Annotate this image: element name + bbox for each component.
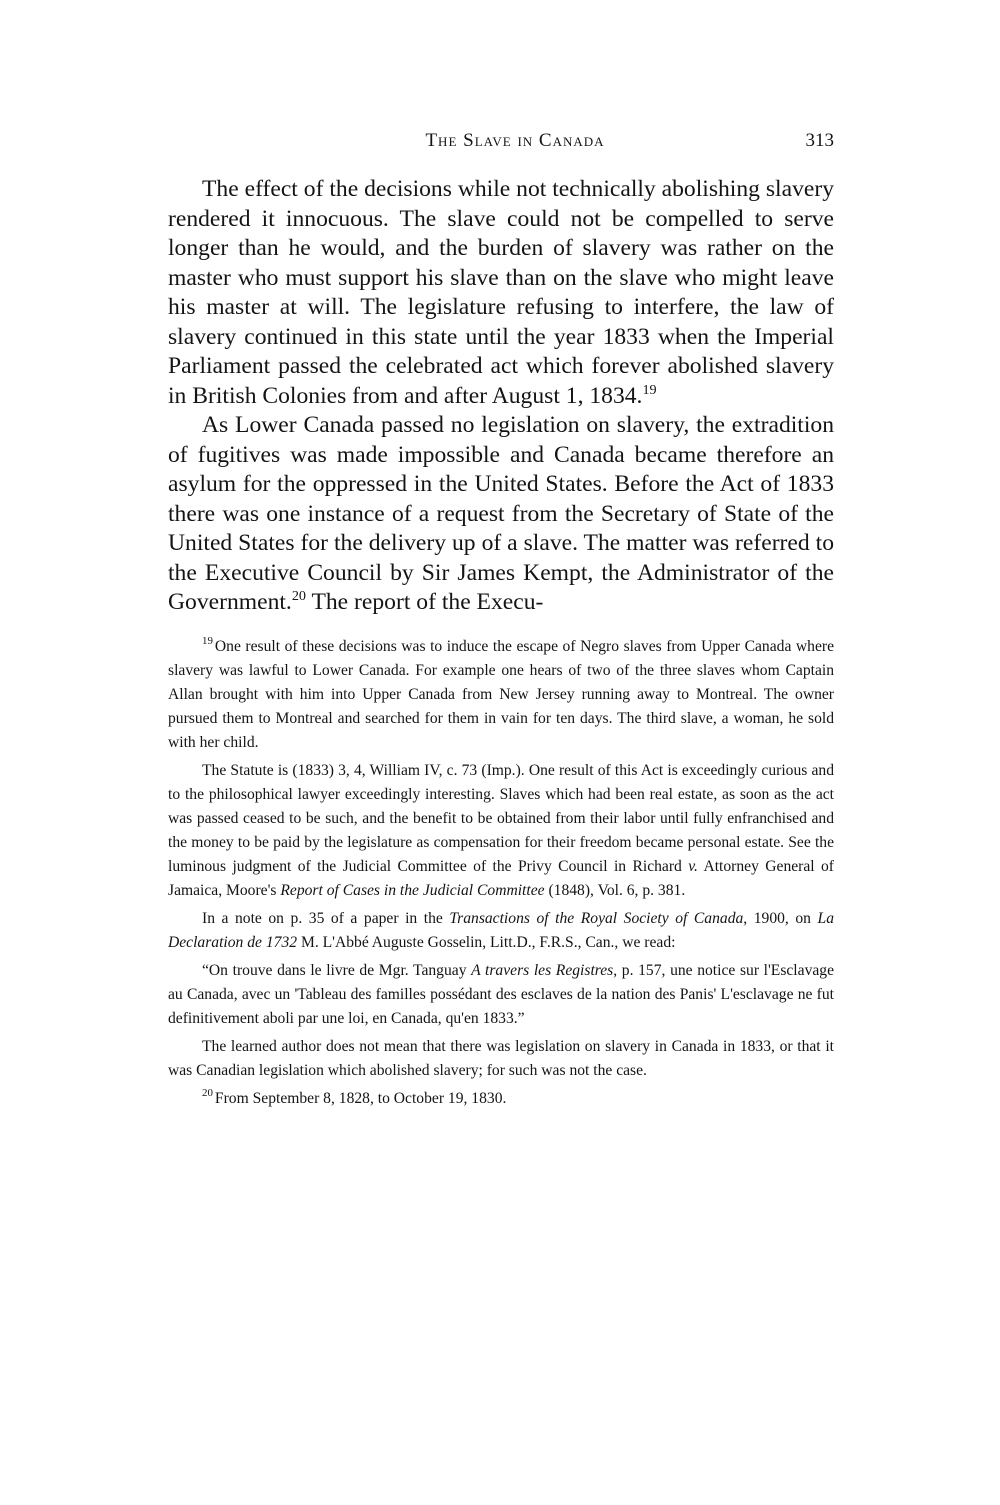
footnote-text: , 1900, on — [743, 910, 817, 927]
paragraph-text-continued: The report of the Execu- — [306, 589, 543, 615]
footnote-20: 20From September 8, 1828, to October 19,… — [168, 1087, 834, 1111]
running-head-title: The Slave in Canada — [168, 126, 834, 156]
citation-title: Transactions of the Royal Society of Can… — [449, 910, 743, 927]
paragraph-text: As Lower Canada passed no legislation on… — [168, 412, 834, 615]
footnotes: 19One result of these decisions was to i… — [168, 635, 834, 1111]
paragraph-text: The effect of the decisions while not te… — [168, 176, 834, 409]
footnote-19-note: In a note on p. 35 of a paper in the Tra… — [168, 907, 834, 955]
footnote-19-statute: The Statute is (1833) 3, 4, William IV, … — [168, 759, 834, 903]
running-head: The Slave in Canada 313 — [168, 126, 834, 156]
body-paragraph: The effect of the decisions while not te… — [168, 175, 834, 411]
footnote-ref-19[interactable]: 19 — [642, 382, 656, 398]
footnote-text: One result of these decisions was to ind… — [168, 638, 834, 751]
footnote-19-quote: “On trouve dans le livre de Mgr. Tanguay… — [168, 959, 834, 1031]
book-page: The Slave in Canada 313 The effect of th… — [168, 126, 834, 1115]
footnote-mark: 20 — [202, 1087, 213, 1099]
body-paragraph: As Lower Canada passed no legislation on… — [168, 411, 834, 618]
footnote-19: 19One result of these decisions was to i… — [168, 635, 834, 755]
footnote-text: (1848), Vol. 6, p. 381. — [545, 882, 686, 899]
body-text: The effect of the decisions while not te… — [168, 175, 834, 618]
footnote-text: In a note on p. 35 of a paper in the — [202, 910, 449, 927]
footnote-text: The learned author does not mean that th… — [168, 1038, 834, 1079]
page-number: 313 — [806, 126, 835, 156]
footnote-mark: 19 — [202, 635, 213, 647]
case-versus: v. — [688, 858, 698, 875]
citation-title: A travers les Registres — [471, 962, 613, 979]
footnote-text: M. L'Abbé Auguste Gosselin, Litt.D., F.R… — [297, 934, 675, 951]
footnote-text: “On trouve dans le livre de Mgr. Tanguay — [202, 962, 471, 979]
footnote-text: From September 8, 1828, to October 19, 1… — [215, 1090, 506, 1107]
footnote-19-comment: The learned author does not mean that th… — [168, 1035, 834, 1083]
citation-title: Report of Cases in the Judicial Committe… — [280, 882, 544, 899]
footnote-ref-20[interactable]: 20 — [292, 588, 306, 604]
